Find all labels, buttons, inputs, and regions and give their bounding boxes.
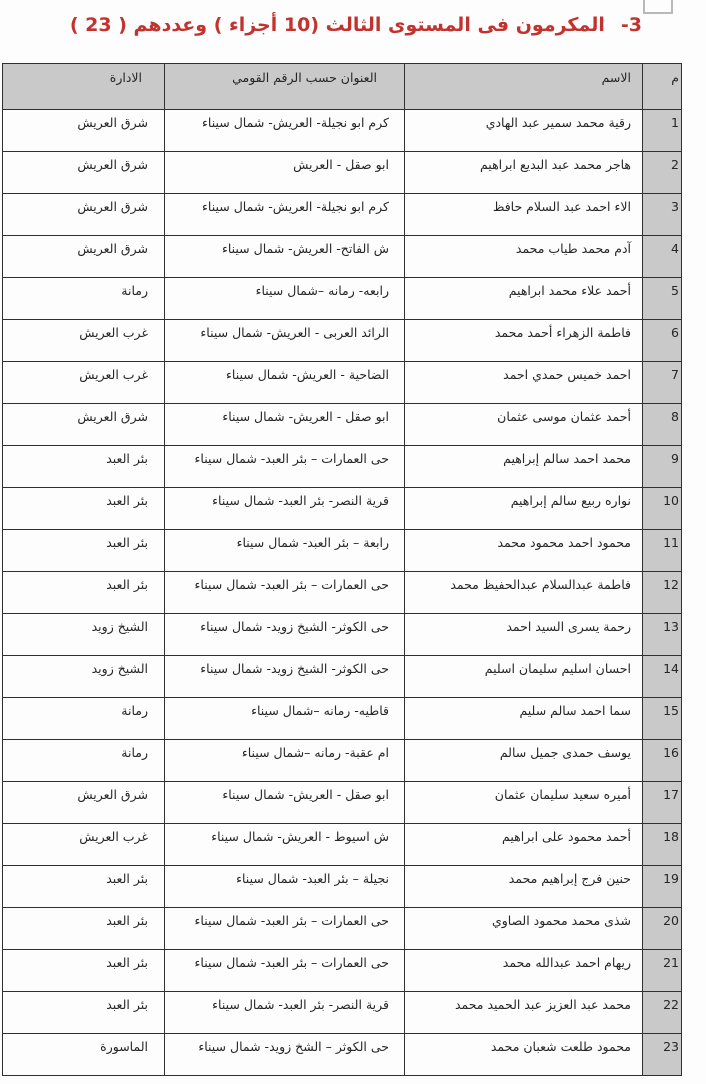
table-row: 8 أحمد عثمان موسى عثمان ابو صقل - العريش…: [3, 403, 682, 445]
address-cell: حى العمارات – بئر العبد- شمال سيناء: [165, 949, 405, 991]
admin-cell: شرق العريش: [3, 235, 165, 277]
serial-cell: 7: [643, 361, 682, 403]
admin-cell: الشيخ زويد: [3, 613, 165, 655]
address-cell: حى الكوثر- الشيخ زويد- شمال سيناء: [165, 655, 405, 697]
admin-cell: رمانة: [3, 739, 165, 781]
table-row: 17 أميره سعيد سليمان عثمان ابو صقل - الع…: [3, 781, 682, 823]
address-cell: الضاحية - العريش- شمال سيناء: [165, 361, 405, 403]
address-cell: كرم ابو نجيلة- العريش- شمال سيناء: [165, 109, 405, 151]
admin-cell: شرق العريش: [3, 781, 165, 823]
name-cell: رحمة يسرى السيد احمد: [405, 613, 643, 655]
admin-cell: شرق العريش: [3, 109, 165, 151]
name-cell: محمود احمد محمود محمد: [405, 529, 643, 571]
table-row: 13 رحمة يسرى السيد احمد حى الكوثر- الشيخ…: [3, 613, 682, 655]
address-cell: ابو صقل - العريش- شمال سيناء: [165, 403, 405, 445]
table-body: 1 رقية محمد سمير عبد الهادي كرم ابو نجيل…: [3, 109, 682, 1075]
name-cell: الاء احمد عبد السلام حافظ: [405, 193, 643, 235]
table-row: 11 محمود احمد محمود محمد رابعة – بئر الع…: [3, 529, 682, 571]
admin-cell: غرب العريش: [3, 361, 165, 403]
table-row: 12 فاطمة عبدالسلام عبدالحفيظ محمد حى الع…: [3, 571, 682, 613]
serial-cell: 9: [643, 445, 682, 487]
serial-cell: 17: [643, 781, 682, 823]
address-cell: كرم ابو نجيلة- العريش- شمال سيناء: [165, 193, 405, 235]
admin-cell: غرب العريش: [3, 823, 165, 865]
admin-cell: بئر العبد: [3, 949, 165, 991]
address-cell: حى العمارات – بئر العبد- شمال سيناء: [165, 445, 405, 487]
header-admin: الادارة: [3, 63, 165, 109]
table-row: 5 أحمد علاء محمد ابراهيم رابعه- رمانه –ش…: [3, 277, 682, 319]
document-page: { "title": { "number": "3-", "text": "ال…: [0, 0, 706, 1084]
admin-cell: بئر العبد: [3, 907, 165, 949]
honorees-table: م الاسم العنوان حسب الرقم القومي الادارة…: [2, 63, 682, 1076]
serial-cell: 16: [643, 739, 682, 781]
address-cell: ش الفاتح- العريش- شمال سيناء: [165, 235, 405, 277]
page-title: 3-المكرمون فى المستوى الثالث (10 أجزاء )…: [0, 0, 706, 39]
name-cell: فاطمة الزهراء أحمد محمد: [405, 319, 643, 361]
address-cell: قرية النصر- بئر العبد- شمال سيناء: [165, 487, 405, 529]
table-row: 23 محمود طلعت شعبان محمد حى الكوثر – الش…: [3, 1033, 682, 1075]
serial-cell: 22: [643, 991, 682, 1033]
table-row: 14 احسان اسليم سليمان اسليم حى الكوثر- ا…: [3, 655, 682, 697]
address-cell: حى العمارات – بئر العبد- شمال سيناء: [165, 571, 405, 613]
table-header: م الاسم العنوان حسب الرقم القومي الادارة: [3, 63, 682, 109]
table-row: 10 نواره ربيع سالم إبراهيم قرية النصر- ب…: [3, 487, 682, 529]
serial-cell: 19: [643, 865, 682, 907]
name-cell: شذى محمد محمود الصاوي: [405, 907, 643, 949]
name-cell: هاجر محمد عبد البديع ابراهيم: [405, 151, 643, 193]
table-row: 4 آدم محمد طياب محمد ش الفاتح- العريش- ش…: [3, 235, 682, 277]
serial-cell: 23: [643, 1033, 682, 1075]
table-row: 21 ريهام احمد عبدالله محمد حى العمارات –…: [3, 949, 682, 991]
serial-cell: 6: [643, 319, 682, 361]
serial-cell: 3: [643, 193, 682, 235]
table-row: 1 رقية محمد سمير عبد الهادي كرم ابو نجيل…: [3, 109, 682, 151]
serial-cell: 2: [643, 151, 682, 193]
name-cell: احمد خميس حمدي احمد: [405, 361, 643, 403]
admin-cell: الشيخ زويد: [3, 655, 165, 697]
header-name: الاسم: [405, 63, 643, 109]
serial-cell: 4: [643, 235, 682, 277]
name-cell: محمود طلعت شعبان محمد: [405, 1033, 643, 1075]
table-row: 2 هاجر محمد عبد البديع ابراهيم ابو صقل -…: [3, 151, 682, 193]
address-cell: قاطيه- رمانه –شمال سيناء: [165, 697, 405, 739]
name-cell: يوسف حمدى جميل سالم: [405, 739, 643, 781]
address-cell: رابعة – بئر العبد- شمال سيناء: [165, 529, 405, 571]
serial-cell: 11: [643, 529, 682, 571]
address-cell: ش اسيوط - العريش- شمال سيناء: [165, 823, 405, 865]
address-cell: ابو صقل - العريش: [165, 151, 405, 193]
serial-cell: 1: [643, 109, 682, 151]
address-cell: ابو صقل - العريش- شمال سيناء: [165, 781, 405, 823]
serial-cell: 14: [643, 655, 682, 697]
name-cell: رقية محمد سمير عبد الهادي: [405, 109, 643, 151]
admin-cell: بئر العبد: [3, 865, 165, 907]
admin-cell: بئر العبد: [3, 571, 165, 613]
admin-cell: شرق العريش: [3, 193, 165, 235]
table-row: 16 يوسف حمدى جميل سالم ام عقبة- رمانه –ش…: [3, 739, 682, 781]
table-row: 7 احمد خميس حمدي احمد الضاحية - العريش- …: [3, 361, 682, 403]
name-cell: أحمد محمود على ابراهيم: [405, 823, 643, 865]
admin-cell: شرق العريش: [3, 151, 165, 193]
name-cell: أميره سعيد سليمان عثمان: [405, 781, 643, 823]
header-serial: م: [643, 63, 682, 109]
table-row: 20 شذى محمد محمود الصاوي حى العمارات – ب…: [3, 907, 682, 949]
table-row: 3 الاء احمد عبد السلام حافظ كرم ابو نجيل…: [3, 193, 682, 235]
serial-cell: 5: [643, 277, 682, 319]
admin-cell: شرق العريش: [3, 403, 165, 445]
table-row: 19 حنين فرج إبراهيم محمد نجيلة – بئر الع…: [3, 865, 682, 907]
serial-cell: 10: [643, 487, 682, 529]
table-row: 18 أحمد محمود على ابراهيم ش اسيوط - العر…: [3, 823, 682, 865]
header-address: العنوان حسب الرقم القومي: [165, 63, 405, 109]
admin-cell: رمانة: [3, 277, 165, 319]
serial-cell: 8: [643, 403, 682, 445]
name-cell: محمد احمد سالم إبراهيم: [405, 445, 643, 487]
name-cell: حنين فرج إبراهيم محمد: [405, 865, 643, 907]
admin-cell: بئر العبد: [3, 445, 165, 487]
serial-cell: 15: [643, 697, 682, 739]
address-cell: الرائد العربى - العريش- شمال سيناء: [165, 319, 405, 361]
table-row: 6 فاطمة الزهراء أحمد محمد الرائد العربى …: [3, 319, 682, 361]
name-cell: ريهام احمد عبدالله محمد: [405, 949, 643, 991]
serial-cell: 18: [643, 823, 682, 865]
serial-cell: 12: [643, 571, 682, 613]
header-row: م الاسم العنوان حسب الرقم القومي الادارة: [3, 63, 682, 109]
address-cell: رابعه- رمانه –شمال سيناء: [165, 277, 405, 319]
name-cell: احسان اسليم سليمان اسليم: [405, 655, 643, 697]
address-cell: حى الكوثر – الشخ زويد- شمال سيناء: [165, 1033, 405, 1075]
address-cell: قرية النصر- بئر العبد- شمال سيناء: [165, 991, 405, 1033]
serial-cell: 13: [643, 613, 682, 655]
table-row: 22 محمد عبد العزيز عبد الحميد محمد قرية …: [3, 991, 682, 1033]
admin-cell: بئر العبد: [3, 487, 165, 529]
admin-cell: بئر العبد: [3, 991, 165, 1033]
admin-cell: بئر العبد: [3, 529, 165, 571]
name-cell: فاطمة عبدالسلام عبدالحفيظ محمد: [405, 571, 643, 613]
name-cell: سما احمد سالم سليم: [405, 697, 643, 739]
address-cell: نجيلة – بئر العبد- شمال سيناء: [165, 865, 405, 907]
serial-cell: 20: [643, 907, 682, 949]
title-number: 3-: [621, 13, 642, 39]
name-cell: محمد عبد العزيز عبد الحميد محمد: [405, 991, 643, 1033]
address-cell: ام عقبة- رمانه –شمال سيناء: [165, 739, 405, 781]
name-cell: أحمد علاء محمد ابراهيم: [405, 277, 643, 319]
name-cell: نواره ربيع سالم إبراهيم: [405, 487, 643, 529]
name-cell: آدم محمد طياب محمد: [405, 235, 643, 277]
name-cell: أحمد عثمان موسى عثمان: [405, 403, 643, 445]
admin-cell: رمانة: [3, 697, 165, 739]
title-text: المكرمون فى المستوى الثالث (10 أجزاء ) و…: [70, 14, 605, 36]
table-row: 9 محمد احمد سالم إبراهيم حى العمارات – ب…: [3, 445, 682, 487]
address-cell: حى الكوثر- الشيخ زويد- شمال سيناء: [165, 613, 405, 655]
admin-cell: غرب العريش: [3, 319, 165, 361]
admin-cell: الماسورة: [3, 1033, 165, 1075]
serial-cell: 21: [643, 949, 682, 991]
address-cell: حى العمارات – بئر العبد- شمال سيناء: [165, 907, 405, 949]
table-row: 15 سما احمد سالم سليم قاطيه- رمانه –شمال…: [3, 697, 682, 739]
cropped-textbox-outline: [643, 0, 673, 14]
